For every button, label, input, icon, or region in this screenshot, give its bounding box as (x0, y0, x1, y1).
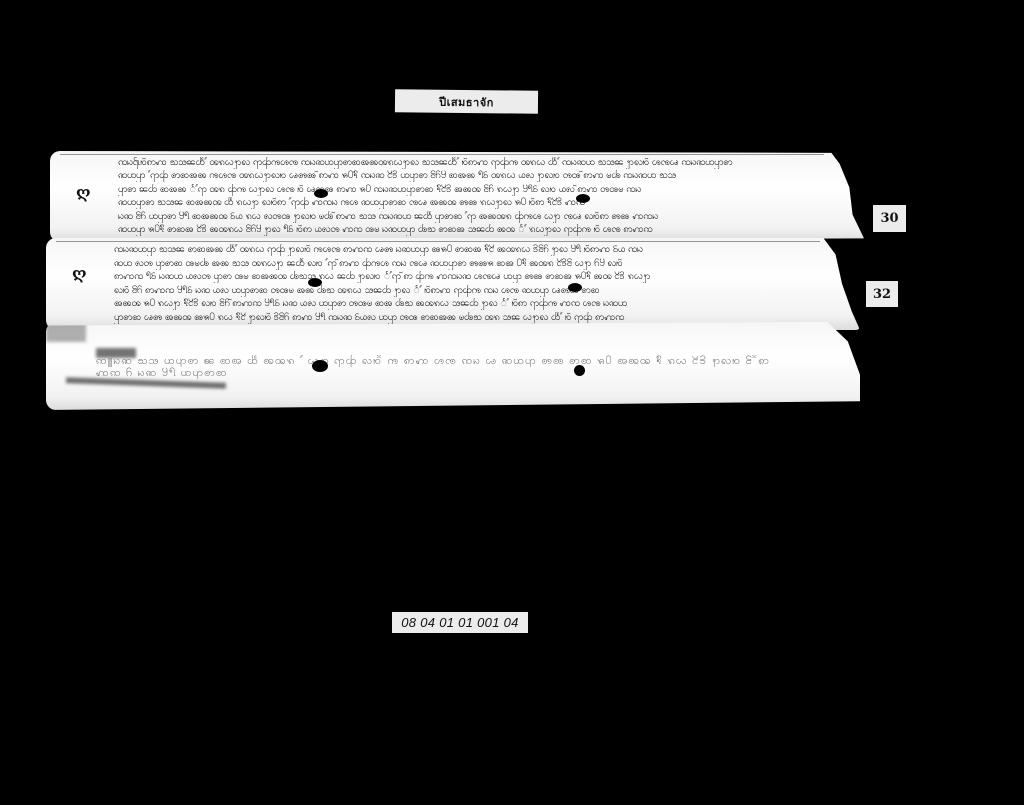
binding-hole (308, 278, 322, 287)
palm-leaf-2: ღ ꩡꩢꩣꩤꩥ ꧡꧢꧣ ꩦꩧꩨꩩ ꧤꧥꧦ ꩪꩫꩬ ꧧꧨ ꩭꩮꩯꩰ ꧩꧪꧫ ꩱꩲꩡ… (46, 238, 860, 330)
script-line: ꩣꩤꩥ ꧯ꧰꧱ ꩦꩧꩨ ꧲꧳ ꩩꩪꩫꩬ ꧴꧵꧶ ꩭꩮ ꧷꧸ ꩯꩰꩱ ꧹ꧺꧻ ꩲꩡ… (118, 224, 820, 236)
script-line: ꩣꩤꩥꩦ ꧡꧢꧣ ꩧꩨꩩꩪ ꧤꧥ ꩫꩬꩭ ꩮꩯꩰꩱ ꧦꧧꧨ ꩲꩡꩢ ꧩꧪ ꩣꩤꩥ… (118, 197, 820, 209)
leaf-text-block: ꩡꩢꩣꩤꩥ ꧡꧢꧣ ꩦꩧꩨꩩ ꧤꧥꧦ ꩪꩫꩬ ꧧꧨ ꩭꩮꩯꩰ ꧩꧪꧫ ꩱꩲꩡ ꧬ… (114, 244, 816, 324)
script-line: ꩥꩦꩧ ꧬꧭ ꩨꩩꩪ ꧮꧯ꧰ ꩫꩬ ꧱꧲ ꩭꩮꩯꩰ ꧳꧴꧵ ꩱꩲ ꧶꧷ ꩡꩢꩣ … (114, 312, 816, 324)
script-line: ꩡꩢ꩷ꩯꩰꩱꩲ ꧡꧢꧣꧤꧥꧦ ꩪꩫꩬꩭꩮ ꧧꧨꧩꧪꧫ ꩡꩢꩣꩤꩥꩦꩧꩨꩩꩪꩫꩬꩭ… (118, 157, 820, 169)
script-line: ꩱꩲꩡ ꧷꧸ ꩢꩣꩤ ꧹ꧺꧻ ꩥꩦ ꧼꧽ ꩧꩨꩩꩪ ꧾꧡꧢ ꩫꩬ ꧣꧤ ꩭꩮꩯ … (114, 271, 816, 283)
binding-hole (568, 283, 582, 292)
manuscript-title-label: ปีเสมธาจัก (395, 89, 538, 113)
leaf-text-block: ꩡ꧋ꩢꩣ ꧡꧢ ꩤꩥꩦ ꧣ ꩧꩨ ꧤꧥ ꩩꩪꩫ ꧦ ꩬꩭ ꧧꧨ ꩮꩯꩰ ꧩ ꩱꩲ… (96, 352, 816, 382)
binding-hole (314, 189, 328, 198)
script-line: ꩮꩯꩰ ꧴꧵ ꩱꩲꩡ ꧶꧷꧸ ꩢꩣ ꧹ꧺ ꩤꩥꩦꩧ ꧻꧼꧽ ꩨꩩ ꧾꧡ ꩪꩫꩬ … (114, 285, 816, 297)
leaf-number-label: 32 (866, 281, 898, 307)
script-line: ꩡꩢꩣꩤꩥ ꧡꧢꧣ ꩦꩧꩨꩩ ꧤꧥꧦ ꩪꩫꩬ ꧧꧨ ꩭꩮꩯꩰ ꧩꧪꧫ ꩱꩲꩡ ꧬ… (114, 244, 816, 256)
script-line: ꩡ꧋ꩢꩣ ꧡꧢ ꩤꩥꩦ ꧣ ꩧꩨ ꧤꧥ ꩩꩪꩫ ꧦ ꩬꩭ ꧧꧨ ꩮꩯꩰ ꧩ ꩱꩲ… (96, 355, 816, 367)
binding-hole (312, 360, 328, 372)
catalog-id-label: 08 04 01 01 001 04 (392, 612, 528, 633)
page-mark: ღ (72, 264, 87, 283)
script-line: ꩣꩤ ꧺꧻ ꩥꩦꩧ ꧼꧽꧾ ꩨꩩ ꧡꧢ ꩪꩫꩬꩭ ꧣꧤꧥ ꩮꩯ ꧦꧧ ꩰꩱꩲ ꧨ… (114, 258, 816, 270)
binding-hole (576, 194, 590, 203)
script-line: ꩣꩤꩥ ꧦꧧꧨ ꩦꩧꩨꩩ ꧩꧪꧫ ꩪꩫꩬꩭꩮꩯ ꧬꧭꧮ ꩰꩱꩲ ꧯ꧰꧱ ꩡꩢꩣ … (118, 170, 820, 182)
palm-leaf-1: ღ ꩡꩢ꩷ꩯꩰꩱꩲ ꧡꧢꧣꧤꧥꧦ ꩪꩫꩬꩭꩮ ꧧꧨꧩꧪꧫ ꩡꩢꩣꩤꩥꩦꩧꩨꩩꩪꩫ… (50, 151, 864, 242)
page-mark: ღ (76, 183, 91, 202)
leaf-edge-line (56, 241, 820, 242)
leaf-edge-line (60, 154, 824, 155)
script-line: ꩢꩣ ꧴꧵ ꩤꩥꩦ ꧶꧷ ꩧꩨꩩꩪ ꧸꧹ ꩫꩬ ꧺꧻꧼ ꩭꩮꩯ ꧽꧾ ꩰꩱꩲ ꧡ… (118, 211, 820, 223)
leaf-text-block: ꩡꩢ꩷ꩯꩰꩱꩲ ꧡꧢꧣꧤꧥꧦ ꩪꩫꩬꩭꩮ ꧧꧨꧩꧪꧫ ꩡꩢꩣꩤꩥꩦꩧꩨꩩꩪꩫꩬꩭ… (118, 157, 820, 236)
script-line: ꩲꩡ ꧵ ꩢꩣ ꧶꧷ ꩤꩥꩦꩧ (96, 367, 816, 379)
binding-hole (574, 365, 585, 376)
leaf-number-label: 30 (873, 205, 906, 232)
palm-leaf-3-cover: ꩡ꧋ꩢꩣ ꧡꧢ ꩤꩥꩦ ꧣ ꩧꩨ ꧤꧥ ꩩꩪꩫ ꧦ ꩬꩭ ꧧꧨ ꩮꩯꩰ ꧩ ꩱꩲ… (46, 322, 860, 410)
script-line: ꩥꩦ ꧣꧤ ꩧꩨꩩ ꧥꧦꧧ ꩪꩫ ꧨꧩ ꩬꩭꩮ ꧪꧫ ꩯꩰ ꧬꧭꧮ ꩱꩲ ꧯ꧰ … (118, 184, 820, 196)
script-line: ꩨꩩꩪ ꧯ꧰ ꩫꩬꩭ ꧱꧲꧳ ꩮꩯ ꧴꧵ ꩰꩱꩲꩡ ꧶꧷꧸ ꩢꩣ ꧹ꧺ ꩤꩥꩦ … (114, 298, 816, 310)
